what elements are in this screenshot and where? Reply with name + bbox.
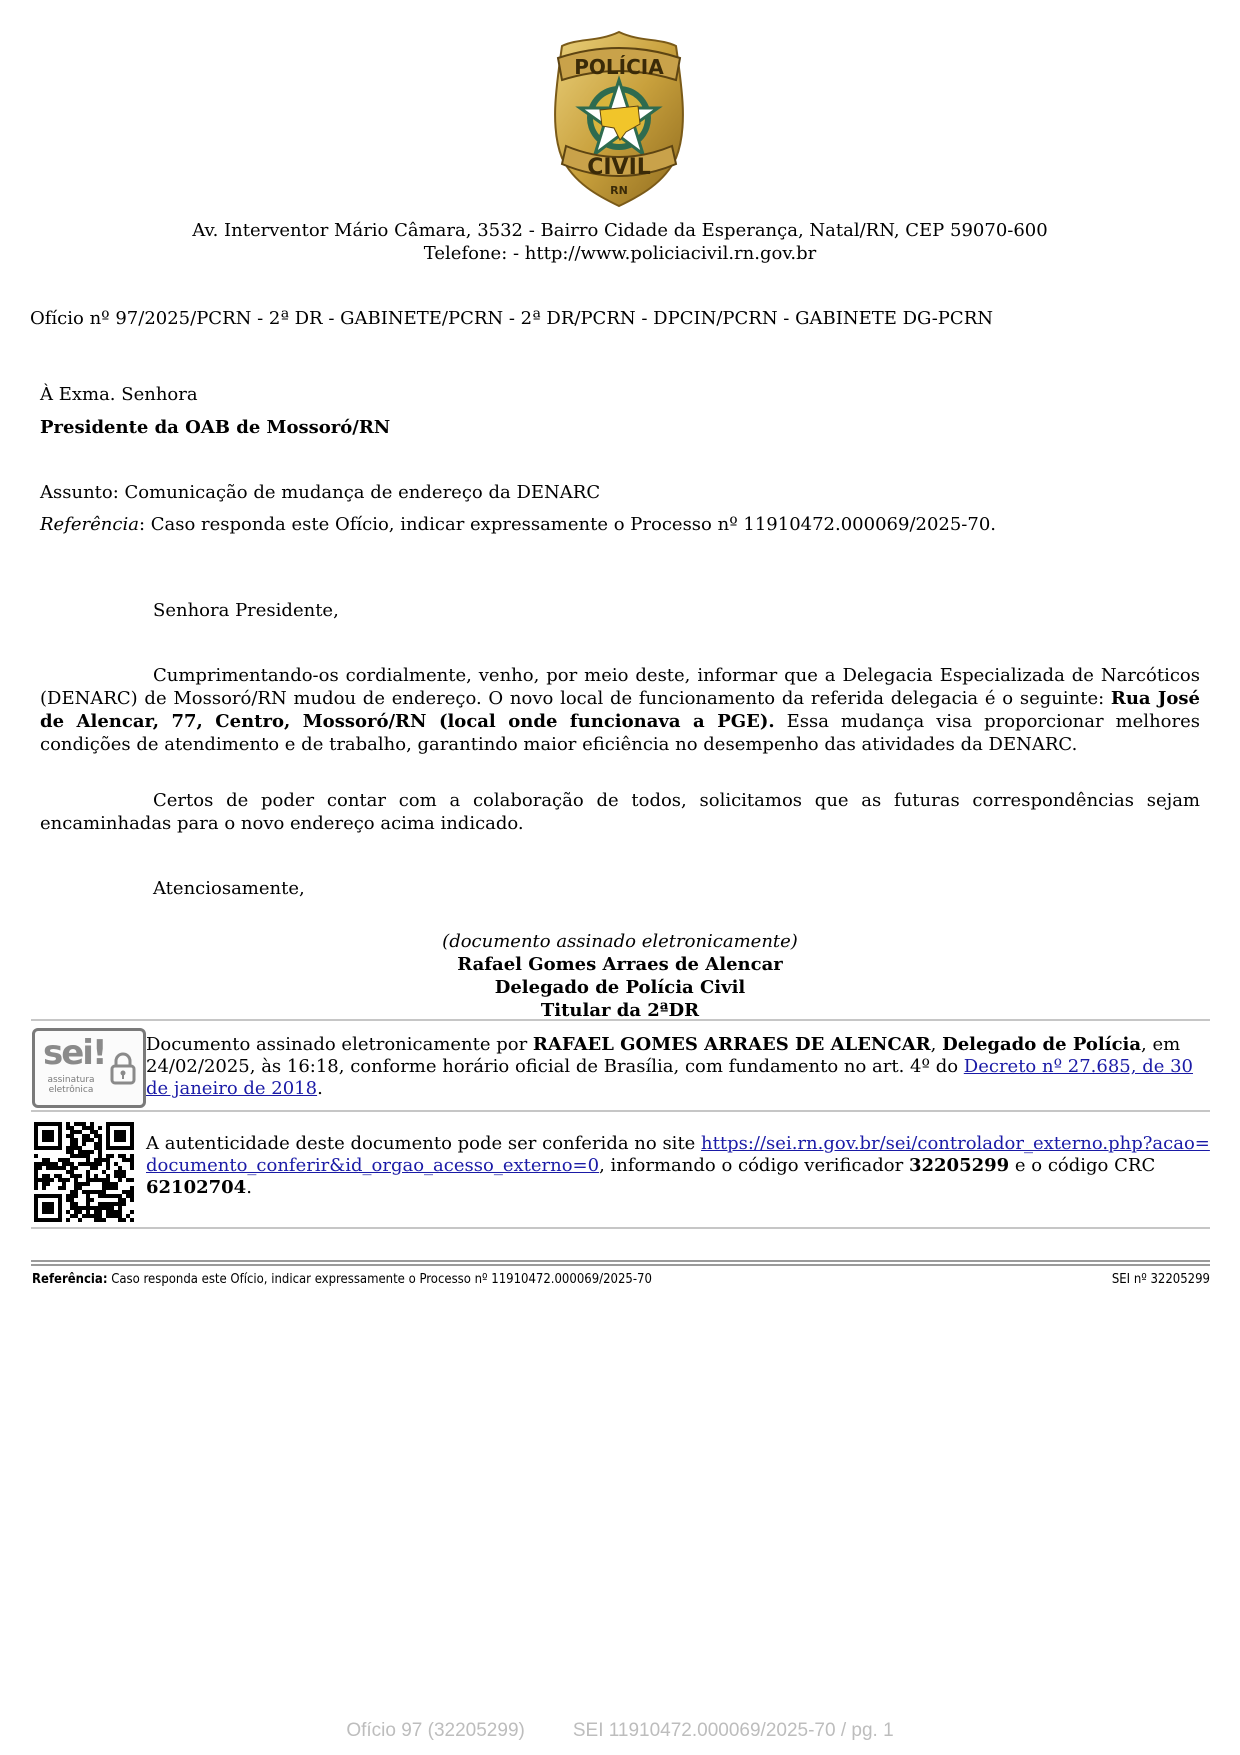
subject-line: Assunto: Comunicação de mudança de ender… <box>40 482 600 504</box>
signature-note: (documento assinado eletronicamente) <box>0 930 1240 953</box>
footer-ref-text: Caso responda este Ofício, indicar expre… <box>108 1272 652 1287</box>
signer-name-upper: RAFAEL GOMES ARRAES DE ALENCAR <box>533 1034 931 1055</box>
closing: Atenciosamente, <box>153 878 305 900</box>
svg-text:RN: RN <box>610 184 628 197</box>
divider <box>31 1110 1210 1112</box>
electronic-signature-text: Documento assinado eletronicamente por R… <box>146 1034 1210 1100</box>
footer-ref-label: Referência: <box>32 1272 108 1287</box>
sei-stamp-subtitle: assinaturaeletrônica <box>41 1075 101 1095</box>
sei-sub2: eletrônica <box>41 1085 101 1095</box>
authenticity-text: A autenticidade deste documento pode ser… <box>146 1133 1210 1199</box>
text: A autenticidade deste documento pode ser… <box>146 1133 701 1154</box>
footer-divider <box>31 1264 1210 1266</box>
reference-line: Referência: Caso responda este Ofício, i… <box>40 514 996 536</box>
qr-code[interactable] <box>34 1122 134 1222</box>
lock-icon <box>109 1051 137 1085</box>
letterhead-phone: Telefone: - http://www.policiacivil.rn.g… <box>0 243 1240 265</box>
recipient-salutation: À Exma. Senhora <box>40 384 198 406</box>
sei-sub1: assinatura <box>41 1075 101 1085</box>
page-footer: Ofício 97 (32205299)SEI 11910472.000069/… <box>0 1720 1240 1742</box>
signer-position: Delegado de Polícia <box>942 1034 1141 1055</box>
svg-text:POLÍCIA: POLÍCIA <box>574 55 664 79</box>
text: e o código CRC <box>1009 1155 1155 1176</box>
oficio-number: Ofício nº 97/2025/PCRN - 2ª DR - GABINET… <box>30 308 993 330</box>
policia-civil-badge-logo: POLÍCIA CIVIL RN <box>548 28 690 208</box>
footer-divider <box>31 1260 1210 1262</box>
svg-text:CIVIL: CIVIL <box>587 155 651 180</box>
divider <box>31 1227 1210 1229</box>
verification-code: 32205299 <box>909 1155 1009 1176</box>
reference-label: Referência <box>40 514 139 535</box>
body-paragraph-2: Certos de poder contar com a colaboração… <box>40 789 1200 835</box>
text: . <box>246 1177 252 1198</box>
text: , informando o código verificador <box>599 1155 909 1176</box>
page-footer-doc: Ofício 97 (32205299) <box>346 1720 525 1741</box>
reference-text: : Caso responda este Ofício, indicar exp… <box>139 514 996 535</box>
page-footer-page: SEI 11910472.000069/2025-70 / pg. 1 <box>573 1720 894 1741</box>
text: Documento assinado eletronicamente por <box>146 1034 533 1055</box>
signer-role: Delegado de Polícia Civil <box>0 976 1240 999</box>
divider <box>31 1019 1210 1021</box>
footer-reference: Referência: Caso responda este Ofício, i… <box>32 1272 652 1288</box>
sei-signature-stamp: sei! assinaturaeletrônica <box>32 1028 146 1108</box>
letterhead-address: Av. Interventor Mário Câmara, 3532 - Bai… <box>0 220 1240 242</box>
recipient-title: Presidente da OAB de Mossoró/RN <box>40 417 390 439</box>
greeting: Senhora Presidente, <box>153 600 339 622</box>
text: , <box>931 1034 942 1055</box>
body-paragraph-1: Cumprimentando-os cordialmente, venho, p… <box>40 664 1200 756</box>
footer-sei-number: SEI nº 32205299 <box>1112 1272 1210 1288</box>
sei-logo-text: sei! <box>43 1033 105 1073</box>
text: . <box>317 1078 323 1099</box>
crc-code: 62102704 <box>146 1177 246 1198</box>
signer-name: Rafael Gomes Arraes de Alencar <box>0 953 1240 976</box>
para-text: Cumprimentando-os cordialmente, venho, p… <box>40 665 1200 709</box>
